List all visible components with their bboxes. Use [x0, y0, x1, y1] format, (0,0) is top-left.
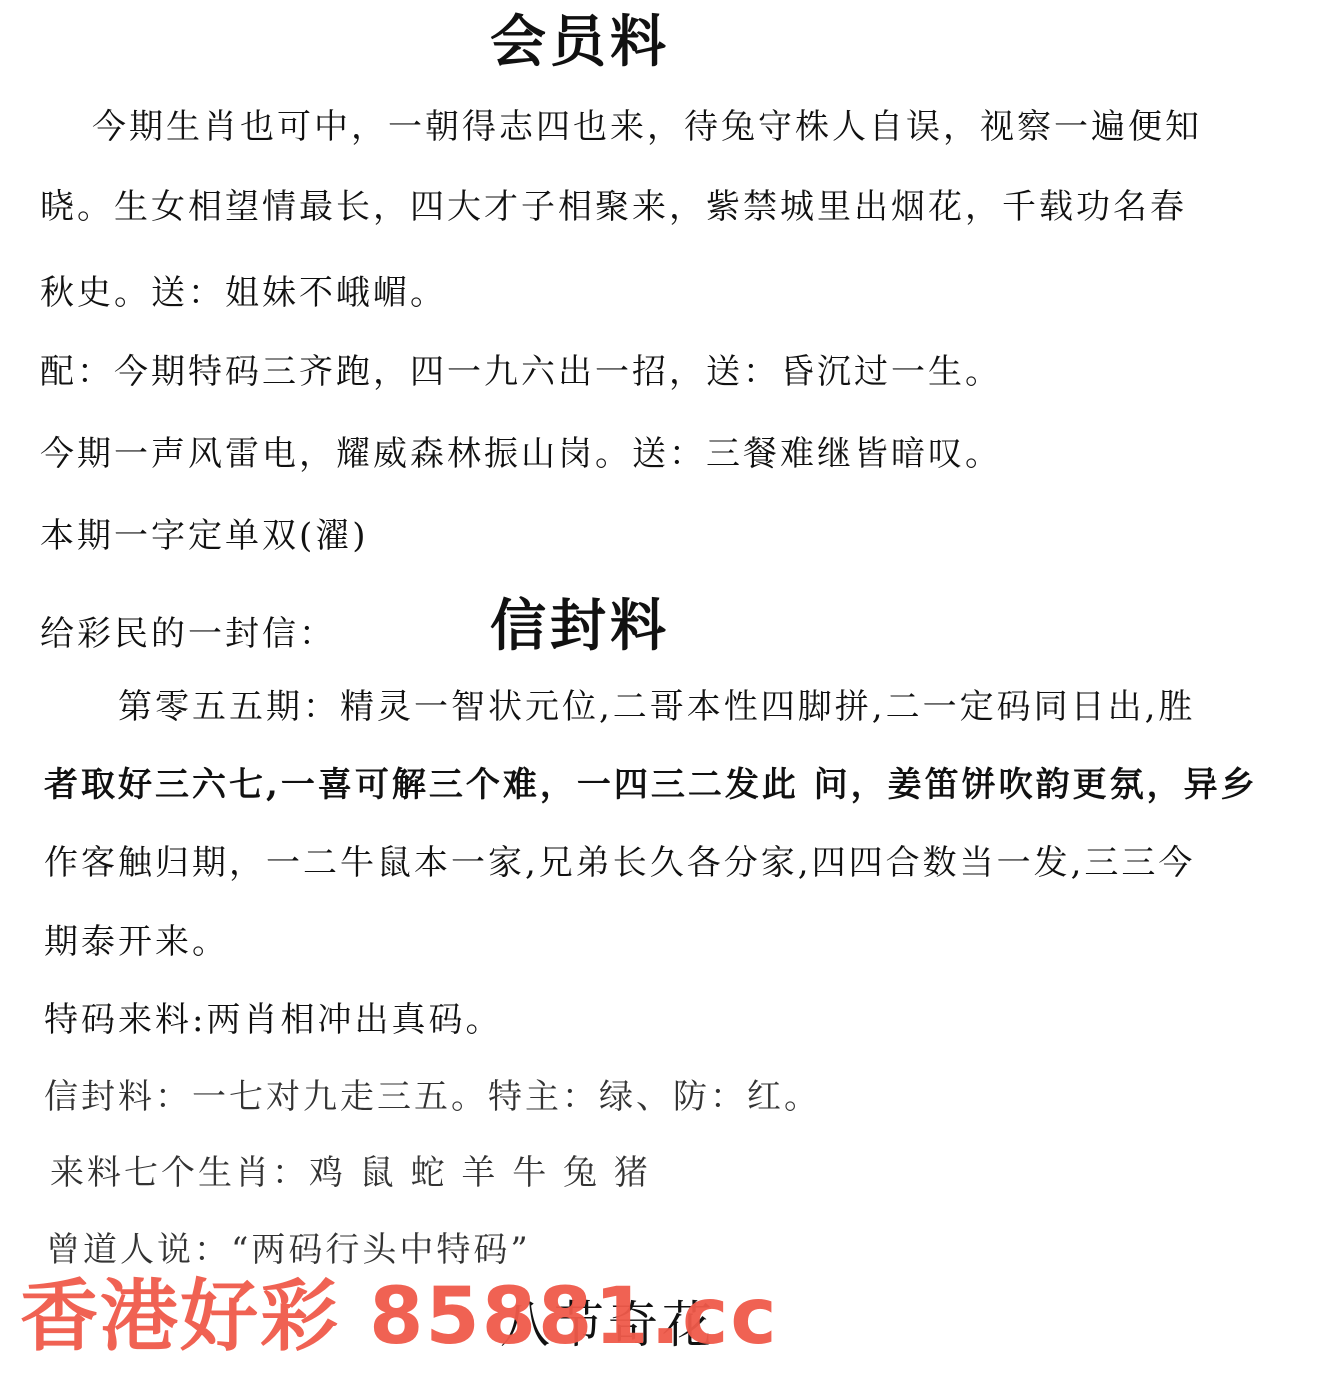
text-line: 者取好三六七,一喜可解三个难，一四三二发此 问，姜笛饼吹韵更氛，异乡: [44, 768, 1258, 802]
text-line: 晓。生女相望情最长，四大才子相聚来，紫禁城里出烟花，千载功名春: [40, 190, 1187, 224]
text-line: 配：今期特码三齐跑，四一九六出一招，送：昏沉过一生。: [40, 355, 1002, 389]
text-line: 今期生肖也可中，一朝得志四也来，待兔守株人自误，视察一遍便知: [92, 110, 1202, 144]
text-line: 本期一字定单双(濯): [40, 519, 369, 553]
text-line: 曾道人说：“两码行头中特码”: [46, 1233, 531, 1267]
envelope-material-title: 信封料: [490, 598, 670, 654]
text-line: 第零五五期：精灵一智状元位,二哥本性四脚拼,二一定码同日出,胜: [118, 690, 1195, 724]
text-line: 期泰开来。: [44, 925, 229, 959]
text-line: 秋史。送：姐妹不峨嵋。: [40, 276, 447, 310]
watermark: 香港好彩 85881.cc: [20, 1278, 779, 1356]
text-line: 信封料：一七对九走三五。特主：绿、防：红。: [44, 1080, 821, 1114]
text-line: 来料七个生肖：鸡 鼠 蛇 羊 牛 兔 猪: [50, 1156, 651, 1190]
text-line: 特码来料:两肖相冲出真码。: [44, 1003, 502, 1037]
member-material-title: 会员料: [490, 14, 670, 70]
text-line: 作客触归期，一二牛鼠本一家,兄弟长久各分家,四四合数当一发,三三今: [44, 846, 1195, 880]
letter-label: 给彩民的一封信：: [40, 617, 336, 651]
text-line: 今期一声风雷电，耀威森林振山岗。送：三餐难继皆暗叹。: [40, 437, 1002, 471]
